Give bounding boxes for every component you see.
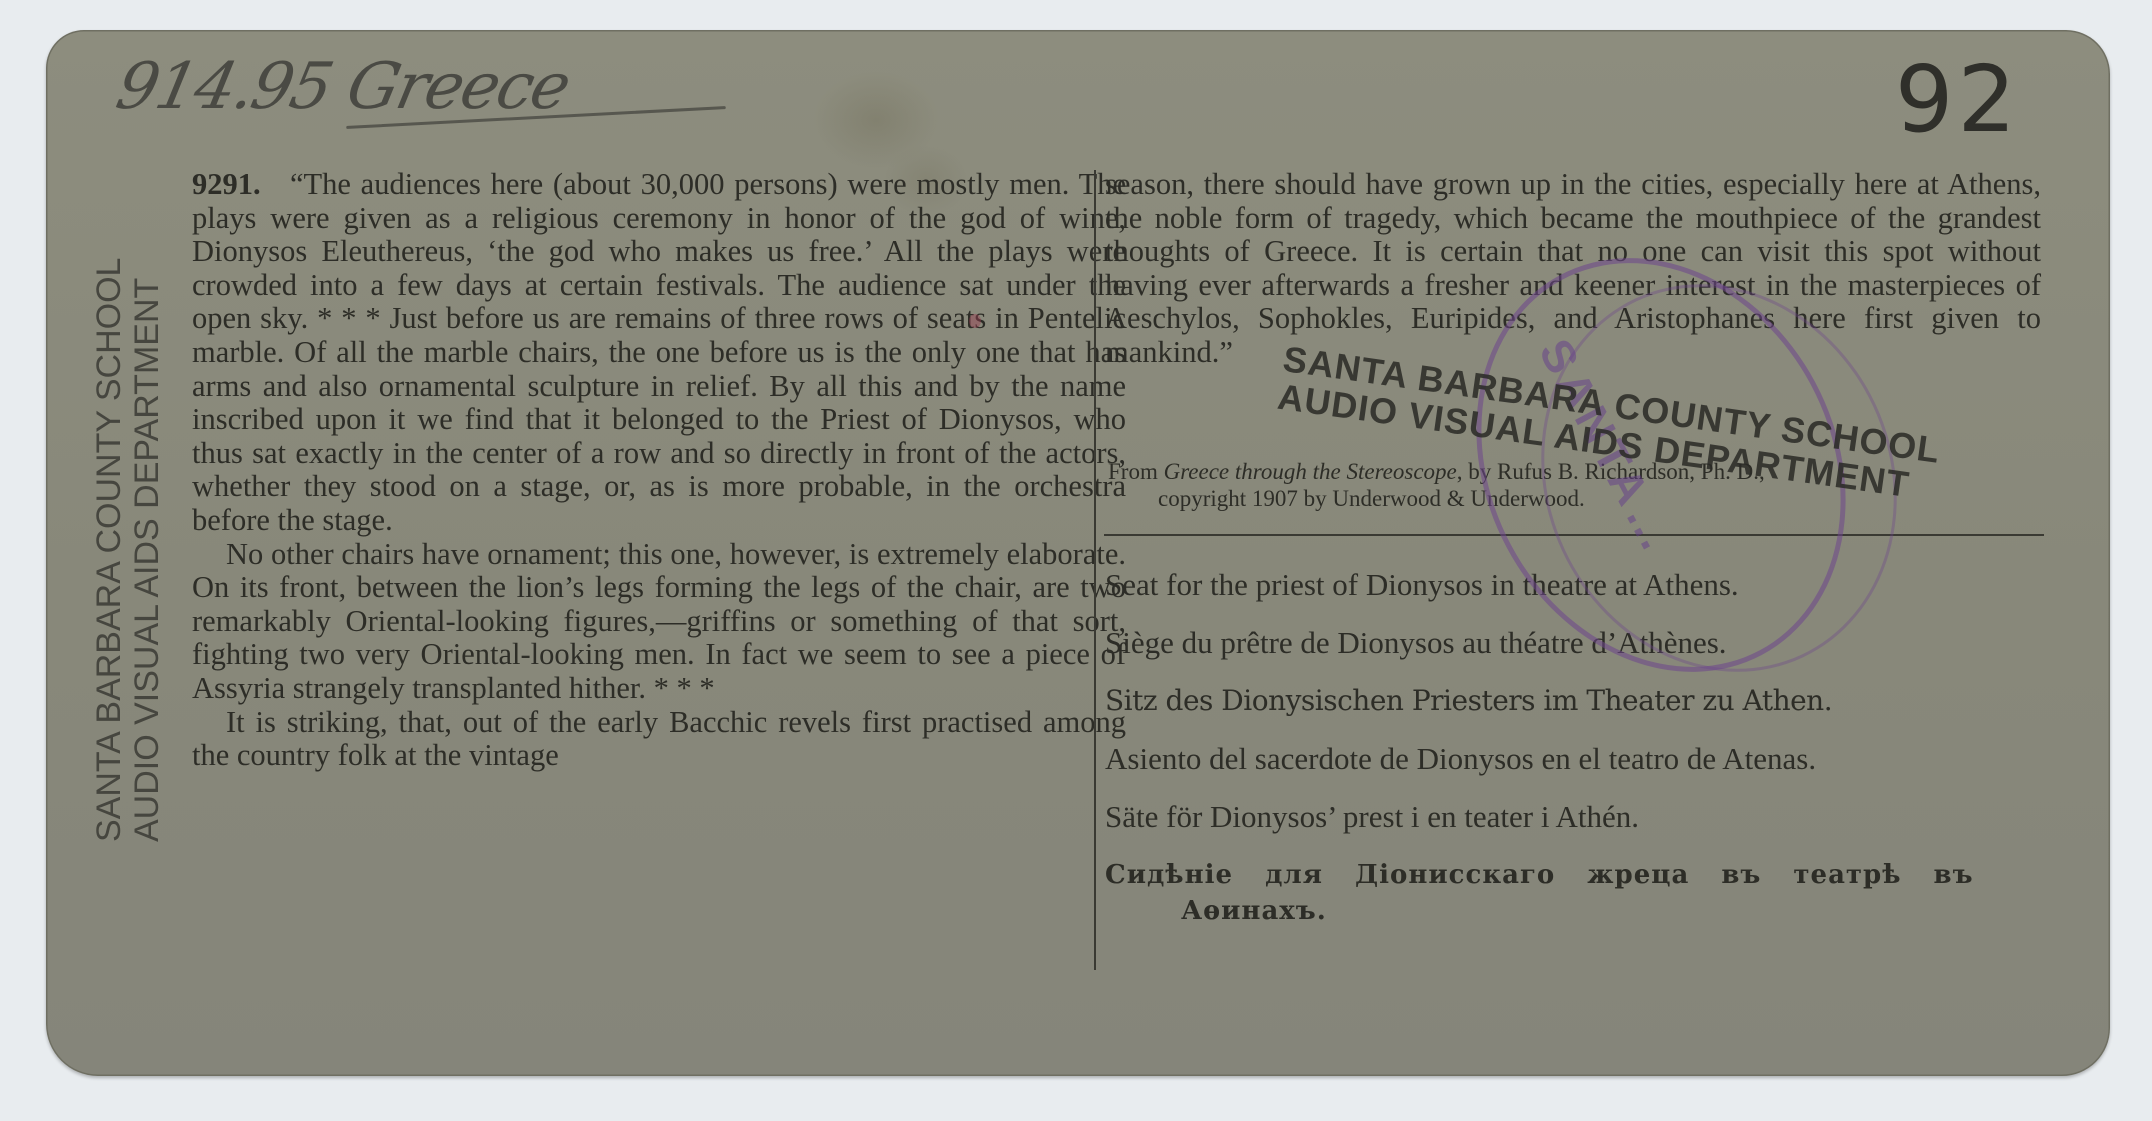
caption-russian-line2: Аѳинахъ. <box>1105 893 2055 929</box>
caption-russian: Сидѣніе для Діонисскаго жреца въ театрѣ … <box>1105 857 2055 929</box>
caption-spanish: Asiento del sacerdote de Dionysos en el … <box>1105 741 2055 799</box>
column-divider <box>1094 170 1096 970</box>
reference-number: 9291. <box>192 167 261 201</box>
stereocard-back: 914.95 Greece 92 SANTA BARBARA COUNTY SC… <box>46 30 2110 1076</box>
description-left-column: 9291. “The audiences here (about 30,000 … <box>192 168 1126 773</box>
side-stamp-line2: AUDIO VISUAL AIDS DEPARTMENT <box>128 258 166 842</box>
red-ink-spot <box>969 314 981 328</box>
description-paragraph-1: 9291. “The audiences here (about 30,000 … <box>192 168 1126 538</box>
caption-german: Sitz des Dionysischen Priesters im Theat… <box>1105 683 2055 741</box>
caption-swedish: Säte för Dionysos’ prest i en teater i A… <box>1105 799 2055 857</box>
paragraph-text: “The audiences here (about 30,000 person… <box>192 167 1126 537</box>
credit-prefix: From <box>1108 459 1164 484</box>
book-title: Greece through the Stereoscope <box>1164 459 1457 484</box>
caption-russian-line1: Сидѣніе для Діонисскаго жреца въ театрѣ … <box>1105 860 1974 890</box>
card-number: 92 <box>1895 46 2020 153</box>
side-stamp-line1: SANTA BARBARA COUNTY SCHOOL <box>90 258 128 842</box>
description-paragraph-2: No other chairs have ornament; this one,… <box>192 538 1126 706</box>
side-school-stamp: SANTA BARBARA COUNTY SCHOOL AUDIO VISUAL… <box>90 258 166 842</box>
handwritten-call-number: 914.95 Greece <box>110 50 575 124</box>
description-paragraph-3: It is striking, that, out of the early B… <box>192 706 1126 773</box>
